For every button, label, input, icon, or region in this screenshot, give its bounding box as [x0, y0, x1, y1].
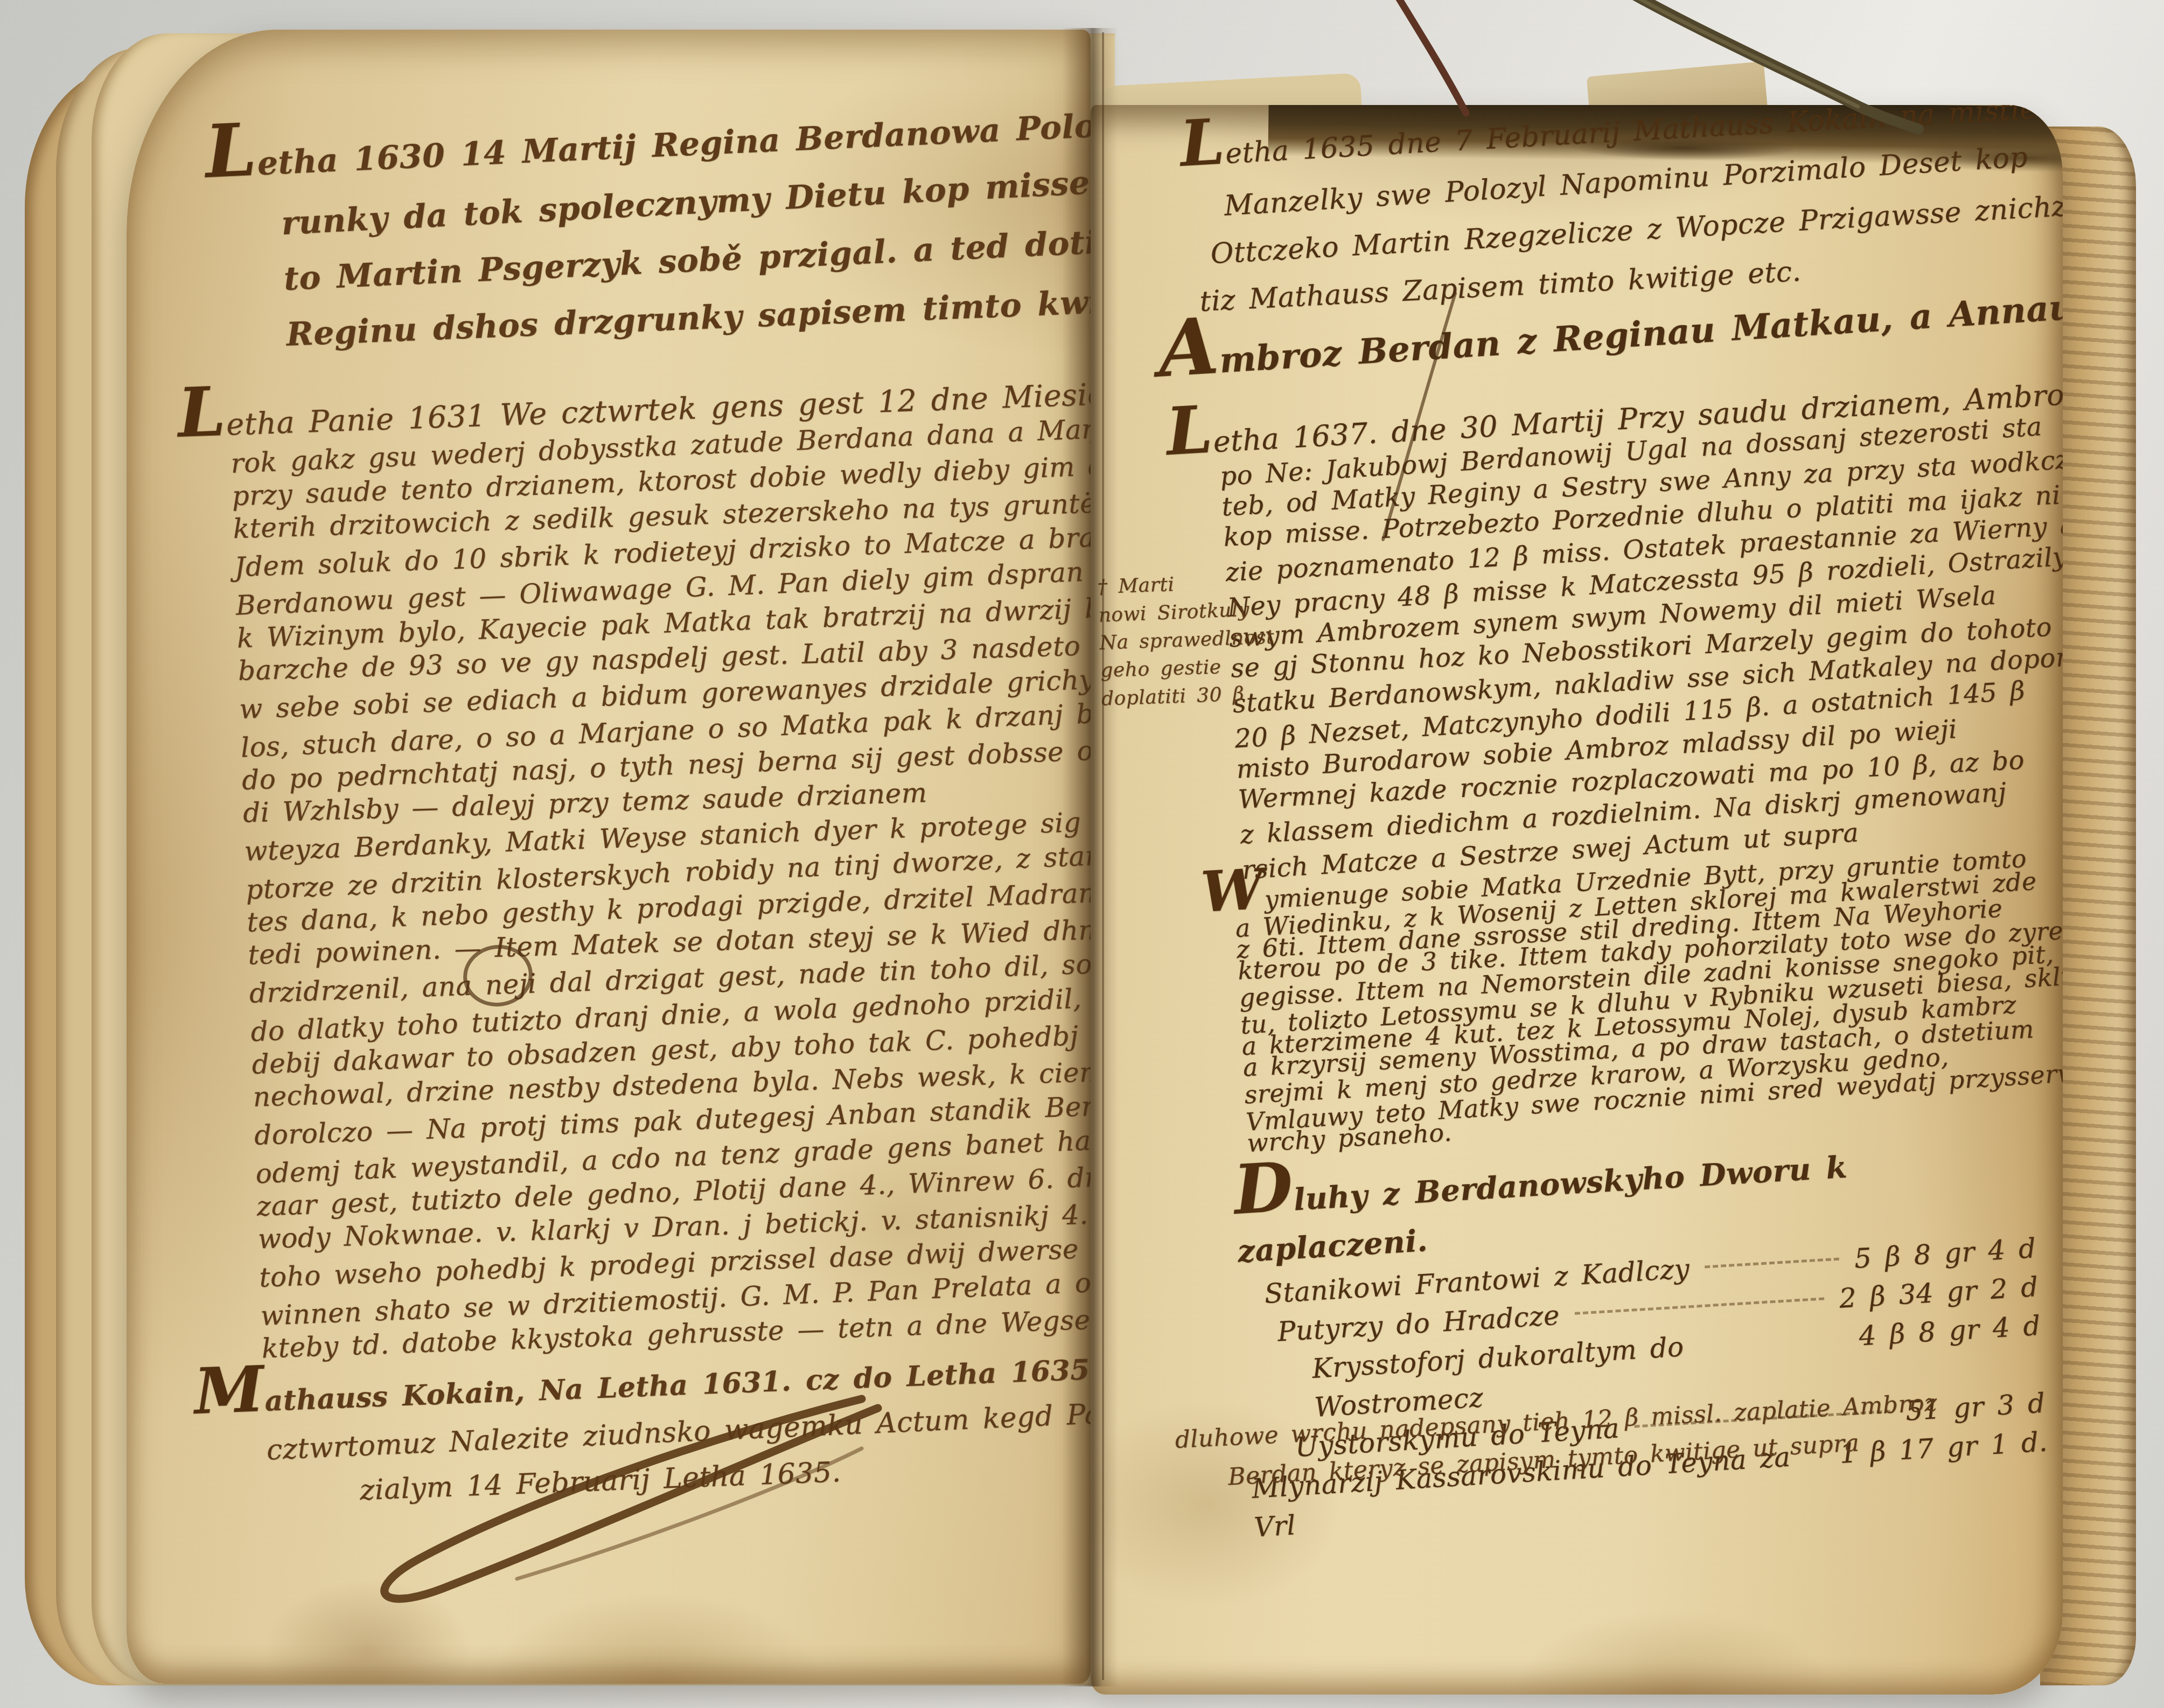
margin-note-line: geho gestie: [1100, 652, 1276, 685]
entry-1630: Letha 1630 14 Martij Regina Berdanowa Po…: [205, 89, 1091, 369]
closing-1635: Mathauss Kokain, Na Letha 1631. cz do Le…: [194, 1341, 1091, 1520]
entry-1637: Letha 1637. dne 30 Martij Przy saudu drz…: [1217, 373, 2063, 884]
book-gutter-shadow: [1062, 28, 1118, 1686]
dot-leader: [1575, 1297, 1825, 1315]
left-page: Letha 1630 14 Martij Regina Berdanowa Po…: [127, 30, 1091, 1684]
margin-note: † Marti nowi Sirotkuly Na sprawedlnost g…: [1097, 568, 1276, 713]
entry-1631: Letha Panie 1631 We cztwrtek gens gest 1…: [178, 369, 1091, 1368]
right-page: Letha 1635 dne 7 Februarij Mathauss Koka…: [1091, 105, 2063, 1695]
dot-leader: [1705, 1258, 1839, 1269]
book-gutter-seam: [1102, 32, 1104, 1680]
manuscript-photo: Letha 1630 14 Martij Regina Berdanowa Po…: [0, 0, 2164, 1708]
cord-tie-icon: [1395, 0, 1466, 113]
